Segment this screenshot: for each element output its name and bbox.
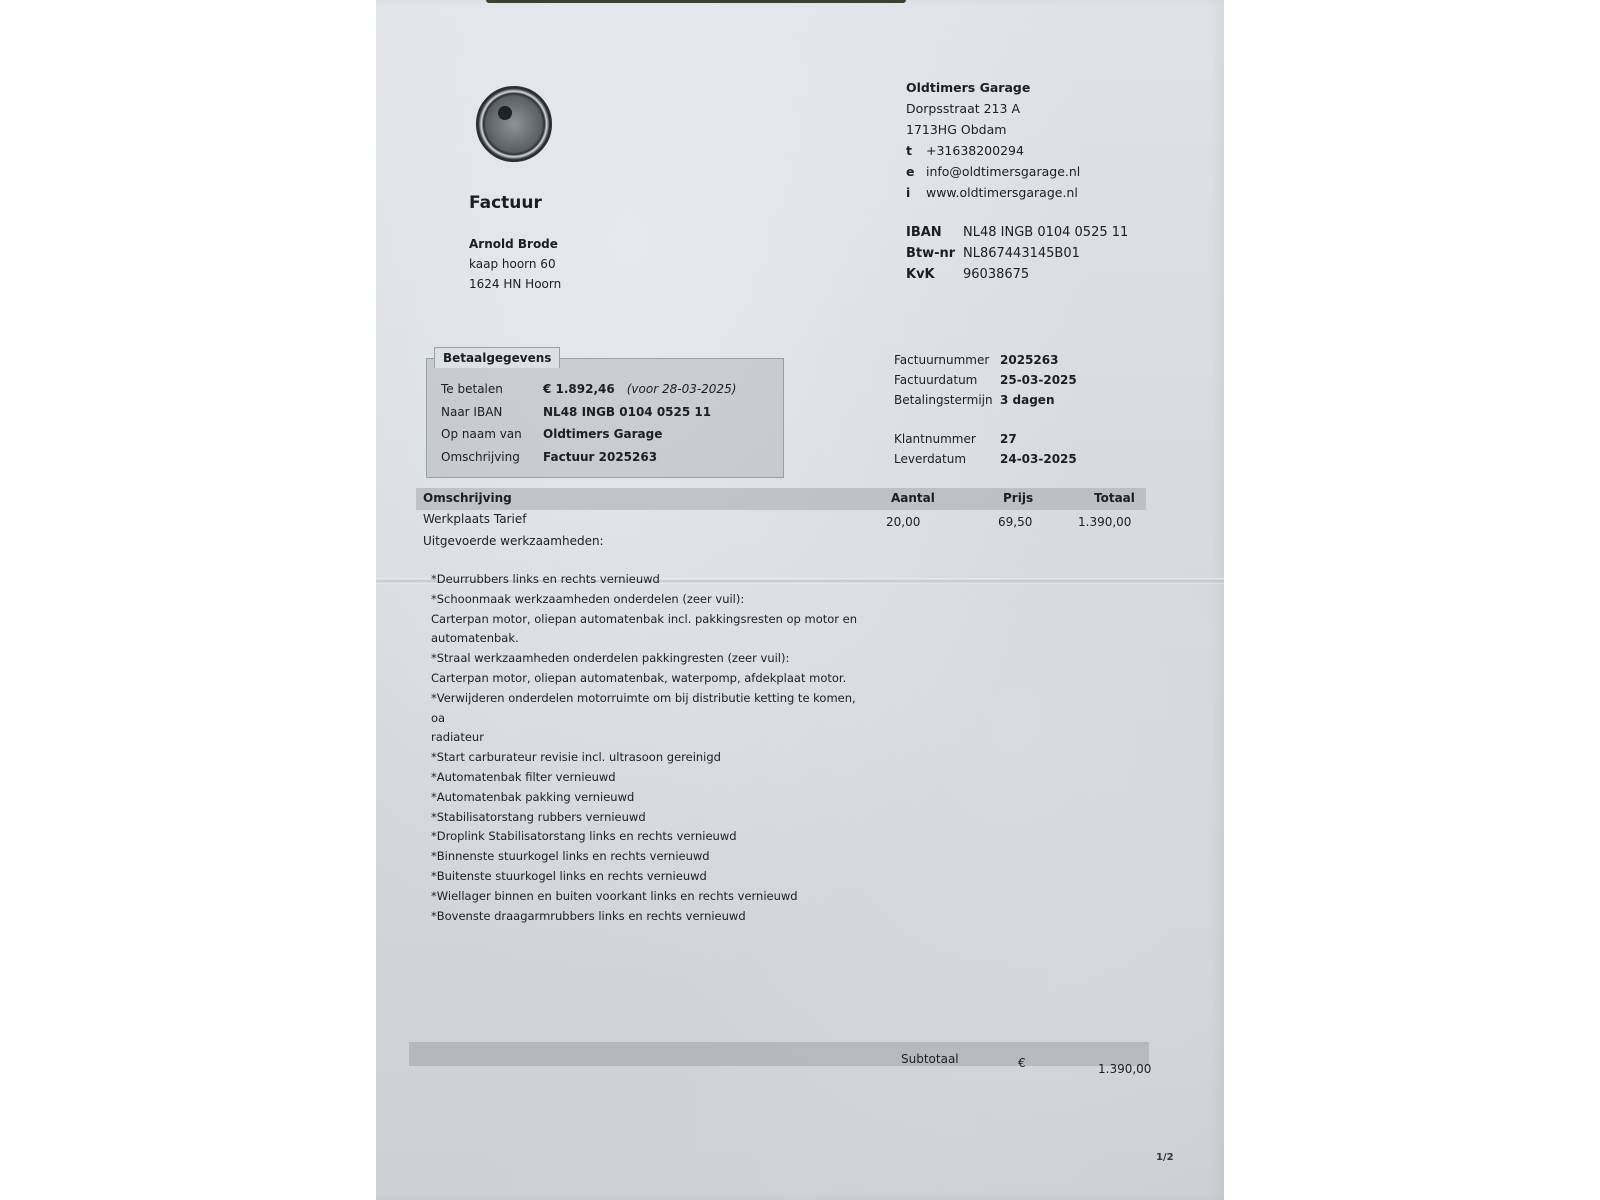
invoice-meta: Factuurnummer2025263 Factuurdatum25-03-2… <box>894 350 1077 469</box>
meta-label: Leverdatum <box>894 449 1000 469</box>
document-title: Factuur <box>469 193 542 213</box>
work-item: *Automatenbak filter vernieuwd <box>431 768 871 788</box>
phone-value: +31638200294 <box>926 143 1024 158</box>
subtotal-bar <box>409 1042 1149 1066</box>
invoice-date: 25-03-2025 <box>1000 373 1077 387</box>
payment-row: OmschrijvingFactuur 2025263 <box>441 446 736 469</box>
header-total: Totaal <box>1094 491 1135 505</box>
kvk-label: KvK <box>906 264 963 285</box>
payment-row: Op naam vanOldtimers Garage <box>441 423 736 446</box>
work-item: Carterpan motor, oliepan automatenbak in… <box>431 610 871 630</box>
iban-value: NL48 INGB 0104 0525 11 <box>963 225 1128 240</box>
work-item: *Deurrubbers links en rechts vernieuwd <box>431 570 871 590</box>
payment-label: Naar IBAN <box>441 401 543 424</box>
work-item: *Droplink Stabilisatorstang links en rec… <box>431 827 871 847</box>
company-bank-info: IBANNL48 INGB 0104 0525 11 Btw-nrNL86744… <box>906 222 1128 285</box>
payment-term: 3 dagen <box>1000 393 1055 407</box>
works-heading: Uitgevoerde werkzaamheden: <box>423 534 604 548</box>
company-address-line1: Dorpsstraat 213 A <box>906 98 1080 119</box>
subtotal-value: 1.390,00 <box>1098 1062 1151 1076</box>
due-date-note: (voor 28-03-2025) <box>627 382 737 396</box>
company-email: e info@oldtimersgarage.nl <box>906 161 1080 182</box>
email-label: e <box>906 161 922 182</box>
background-strip <box>486 0 906 3</box>
meta-label: Klantnummer <box>894 429 1000 449</box>
row-quantity: 20,00 <box>886 515 920 529</box>
work-item: automatenbak. <box>431 629 871 649</box>
company-logo-icon <box>476 86 552 162</box>
meta-row: Factuurdatum25-03-2025 <box>894 370 1077 390</box>
row-total: 1.390,00 <box>1078 515 1131 529</box>
btw-row: Btw-nrNL867443145B01 <box>906 243 1128 264</box>
invoice-number: 2025263 <box>1000 353 1058 367</box>
meta-row: Betalingstermijn3 dagen <box>894 390 1077 410</box>
work-item: *Buitenste stuurkogel links en rechts ve… <box>431 867 871 887</box>
payment-label: Op naam van <box>441 423 543 446</box>
row-price: 69,50 <box>998 515 1032 529</box>
payment-details-heading: Betaalgegevens <box>434 347 560 368</box>
web-value: www.oldtimersgarage.nl <box>926 185 1078 200</box>
work-item: radiateur <box>431 728 871 748</box>
customer-address: Arnold Brode kaap hoorn 60 1624 HN Hoorn <box>469 234 561 294</box>
work-item: *Stabilisatorstang rubbers vernieuwd <box>431 808 871 828</box>
meta-label: Betalingstermijn <box>894 390 1000 410</box>
meta-label: Factuurdatum <box>894 370 1000 390</box>
header-price: Prijs <box>1003 491 1033 505</box>
meta-row: Klantnummer27 <box>894 429 1077 449</box>
btw-value: NL867443145B01 <box>963 246 1080 261</box>
work-item: Carterpan motor, oliepan automatenbak, w… <box>431 669 871 689</box>
header-quantity: Aantal <box>891 491 935 505</box>
payment-label: Omschrijving <box>441 446 543 469</box>
company-address-line2: 1713HG Obdam <box>906 119 1080 140</box>
iban-row: IBANNL48 INGB 0104 0525 11 <box>906 222 1128 243</box>
work-item: *Start carburateur revisie incl. ultraso… <box>431 748 871 768</box>
phone-label: t <box>906 140 922 161</box>
invoice-paper: Factuur Arnold Brode kaap hoorn 60 1624 … <box>376 0 1224 1200</box>
work-item: *Bovenste draagarmrubbers links en recht… <box>431 907 871 927</box>
kvk-row: KvK96038675 <box>906 264 1128 285</box>
payment-row: Naar IBANNL48 INGB 0104 0525 11 <box>441 401 736 424</box>
payment-iban: NL48 INGB 0104 0525 11 <box>543 405 711 419</box>
customer-name: Arnold Brode <box>469 234 561 254</box>
email-value: info@oldtimersgarage.nl <box>926 164 1080 179</box>
meta-row: Factuurnummer2025263 <box>894 350 1077 370</box>
payment-details: Te betalen€ 1.892,46(voor 28-03-2025) Na… <box>441 378 736 468</box>
page-indicator: 1/2 <box>1156 1152 1174 1163</box>
web-label: i <box>906 182 922 203</box>
subtotal-label: Subtotaal <box>901 1052 959 1066</box>
btw-label: Btw-nr <box>906 243 963 264</box>
kvk-value: 96038675 <box>963 267 1029 282</box>
work-item: *Automatenbak pakking vernieuwd <box>431 788 871 808</box>
payment-recipient: Oldtimers Garage <box>543 427 662 441</box>
customer-address-line1: kaap hoorn 60 <box>469 254 561 274</box>
payment-row: Te betalen€ 1.892,46(voor 28-03-2025) <box>441 378 736 401</box>
work-item: *Binnenste stuurkogel links en rechts ve… <box>431 847 871 867</box>
payment-reference: Factuur 2025263 <box>543 450 657 464</box>
company-web: i www.oldtimersgarage.nl <box>906 182 1080 203</box>
delivery-date: 24-03-2025 <box>1000 452 1077 466</box>
header-description: Omschrijving <box>423 491 512 505</box>
company-name: Oldtimers Garage <box>906 77 1080 98</box>
company-phone: t +31638200294 <box>906 140 1080 161</box>
work-item: *Wiellager binnen en buiten voorkant lin… <box>431 887 871 907</box>
meta-row: Leverdatum24-03-2025 <box>894 449 1077 469</box>
table-header-bar <box>416 488 1146 510</box>
customer-address-line2: 1624 HN Hoorn <box>469 274 561 294</box>
work-item: *Straal werkzaamheden onderdelen pakking… <box>431 649 871 669</box>
amount-due: € 1.892,46 <box>543 382 615 396</box>
iban-label: IBAN <box>906 222 963 243</box>
row-description: Werkplaats Tarief <box>423 512 526 526</box>
work-item: *Schoonmaak werkzaamheden onderdelen (ze… <box>431 590 871 610</box>
work-item: *Verwijderen onderdelen motorruimte om b… <box>431 689 871 729</box>
meta-label: Factuurnummer <box>894 350 1000 370</box>
company-info: Oldtimers Garage Dorpsstraat 213 A 1713H… <box>906 77 1080 203</box>
customer-number: 27 <box>1000 432 1017 446</box>
payment-label: Te betalen <box>441 378 543 401</box>
works-list: *Deurrubbers links en rechts vernieuwd*S… <box>431 570 871 926</box>
currency-symbol: € <box>1018 1056 1026 1070</box>
